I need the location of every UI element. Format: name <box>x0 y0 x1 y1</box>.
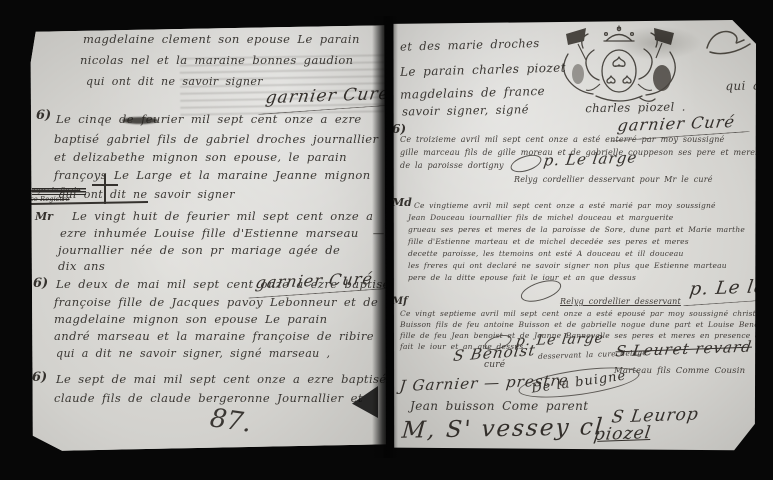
ink-blot <box>122 117 158 124</box>
left-page: magdelaine clement son epouse Le parain … <box>30 24 386 452</box>
entry-line: fille d'Estienne marteau et de michel de… <box>408 238 689 246</box>
vessey-signature: M, S' vessey cl <box>401 414 606 444</box>
cross-mark <box>92 184 118 186</box>
entry-line: Le sept de mai mil sept cent onze a ezre… <box>56 374 405 386</box>
end-paraph-mark: 87. <box>208 405 253 437</box>
margin-mark: Mr <box>35 210 53 223</box>
entry-line: françoise fille de Jacques pavoy Lebonne… <box>54 297 378 309</box>
entry-line: qui a dit ne savoir signer, signé marsea… <box>56 348 330 359</box>
margin-mark: 6) <box>32 370 47 385</box>
signature-title: Relyg cordellier desservant pour Mr le c… <box>514 176 713 184</box>
entry-line: qui ont dit ne savoir signer <box>86 76 263 87</box>
right-page: et des marie droches son epou Le parain … <box>392 20 756 452</box>
entry-line: Le deux de mai mil sept cent onze a ezre… <box>56 279 397 291</box>
entry-line: ezre inhumée Louise fille d'Estienne mar… <box>60 228 397 240</box>
entry-line: decette paroisse, les ttemoins ont esté … <box>408 250 683 258</box>
entry-line: de la paroisse dortigny <box>400 162 504 170</box>
marteau-cousin-signature: Marteau fils Comme Cousin <box>614 367 745 376</box>
lelarge-signature: p. Le large <box>542 148 638 169</box>
leuret-signature: S Leuret revard <box>614 338 753 361</box>
entry-line: magdelaine mignon son epouse Le parain <box>54 314 327 326</box>
register-scan: magdelaine clement son epouse Le parain … <box>0 0 773 480</box>
entry-line: françoys Le Large et la maraine Jeanne m… <box>54 170 371 182</box>
buisson-signature: Jean buisson Come parent <box>410 400 588 412</box>
margin-mark: 6) <box>33 276 48 291</box>
entry-line: Le vingt huit de feurier mil sept cent o… <box>72 211 373 223</box>
entry-line: baptisé gabriel fils de gabriel droches … <box>54 134 378 146</box>
entry-line: Ce vingtieme avril mil sept cent onze a … <box>414 202 716 210</box>
margin-mark: 6) <box>36 108 51 123</box>
entry-line: Ce vingt septieme avril mil sept cent on… <box>400 310 773 318</box>
entry-line: journallier née de son pr mariage agée d… <box>58 245 340 257</box>
cross-mark <box>104 174 106 204</box>
cure-signature: garnier Curé <box>616 112 736 135</box>
royal-arms-stamp-icon <box>538 24 700 108</box>
lelarge-signature: p. Le large <box>688 275 773 300</box>
signature-title: Relyg cordellier desservant <box>560 298 681 306</box>
entry-line: les freres qui ont declaré ne savoir sig… <box>408 262 727 270</box>
paraph-flourish-icon <box>704 26 754 56</box>
piozel-signature: piozel <box>592 423 652 445</box>
entry-line: Ce troizieme avril mil sept cent onze a … <box>400 136 725 144</box>
entry-line: claude fils de claude bergeronne Journal… <box>54 393 363 405</box>
entry-line: grueau ses peres et meres de la paroisse… <box>408 226 745 234</box>
benoist-title: curé <box>484 361 505 370</box>
entry-line: Jean Douceau iournallier fils de michel … <box>408 214 673 222</box>
entry-line: nicolas nel et la maraine bonnes gaudion <box>80 55 353 67</box>
entry-line: pere de la ditte epouse fait le iour et … <box>408 274 636 282</box>
entry-line: magdelaine clement son epouse Le parain <box>83 34 360 46</box>
entry-line: andré marseau et la maraine françoise de… <box>54 331 374 343</box>
entry-line: Buisson fils de feu antoine Buisson et d… <box>400 321 769 329</box>
entry-line: dix ans <box>58 261 105 273</box>
scribble-mark <box>32 188 86 195</box>
entry-line: Le cinqe de feurier mil sept cent onze a… <box>56 114 362 126</box>
entry-line: et delizabethe mignon son epouse, le par… <box>54 152 347 164</box>
